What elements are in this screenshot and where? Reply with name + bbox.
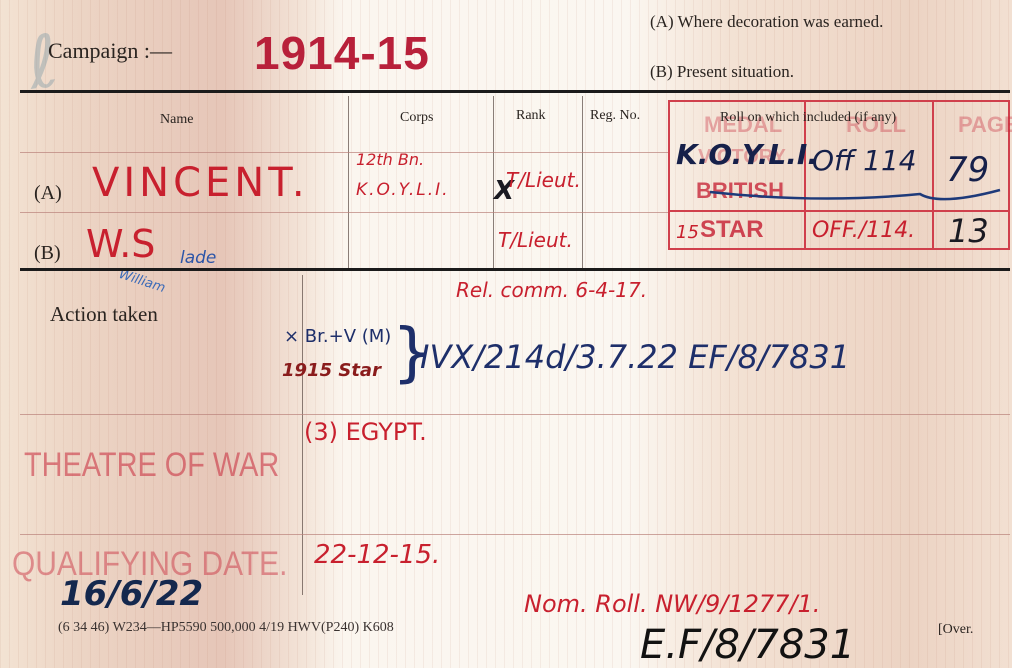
row-b-annotation-william: William: [117, 267, 167, 296]
header-corps: Corps: [400, 110, 433, 126]
roll-row3-medal-hand: 15: [676, 222, 699, 243]
theatre-stamp: THEATRE OF WAR: [24, 446, 279, 485]
row-b-rank: T/Lieut.: [498, 228, 573, 252]
theatre-value: (3) EGYPT.: [304, 418, 427, 446]
action-bracket-line2: 1915 Star: [282, 360, 381, 381]
action-bracket-ref: IVX/214d/3.7.22 EF/8/7831: [420, 338, 850, 376]
table-bottom-rule: [20, 268, 1010, 271]
legend-a: (A) Where decoration was earned.: [650, 12, 883, 32]
row-b-name: W.S: [86, 222, 155, 266]
row-a-name: VINCENT.: [92, 160, 309, 206]
col-divider-reg: [582, 96, 583, 268]
roll-row3-medal-stamp: STAR: [700, 216, 764, 244]
row-rule-1: [20, 152, 670, 153]
action-bracket-line1: × Br.+V (M): [284, 326, 391, 347]
header-name: Name: [160, 112, 193, 128]
row-rule-2: [20, 212, 670, 213]
action-relinquished: Rel. comm. 6-4-17.: [456, 278, 647, 302]
row-a-rank: T/Lieut.: [506, 168, 581, 192]
row-b-annotation-lade: lade: [180, 248, 216, 268]
action-divider: [302, 275, 303, 595]
row-a-corps-line2: K.O.Y.L.I.: [356, 180, 450, 200]
roll-col-page: PAGE: [958, 112, 1012, 138]
footer-ef-ref: E.F/8/7831: [640, 622, 855, 668]
qualifying-value: 22-12-15.: [314, 540, 440, 570]
roll-row1-roll: Off 114: [812, 144, 917, 177]
roll-row3-page: 13: [948, 212, 989, 250]
action-label: Action taken: [50, 302, 158, 327]
campaign-value: 1914-15: [254, 26, 430, 80]
row-a-marker: (A): [34, 182, 62, 205]
roll-stamp-divider-2: [932, 100, 934, 248]
medal-index-card: ℓ Campaign :— 1914-15 (A) Where decorati…: [0, 0, 1012, 668]
row-b-marker: (B): [34, 242, 61, 265]
roll-row1-medal-hand: K.O.Y.L.I.: [676, 138, 818, 171]
qualifying-rule: [20, 534, 1010, 535]
qualifying-annotation-date: 16/6/22: [60, 574, 203, 614]
roll-swoosh-line: [700, 180, 1010, 210]
theatre-rule: [20, 414, 1010, 415]
footer-nom-roll: Nom. Roll. NW/9/1277/1.: [524, 590, 820, 618]
roll-row3-roll: OFF./114.: [812, 218, 915, 243]
top-rule: [20, 90, 1010, 93]
footer-print-code: (6 34 46) W234—HP5590 500,000 4/19 HWV(P…: [58, 620, 394, 636]
campaign-label: Campaign :—: [48, 38, 172, 64]
header-reg-no: Reg. No.: [590, 108, 640, 124]
footer-over: [Over.: [938, 622, 973, 638]
legend-b: (B) Present situation.: [650, 62, 794, 82]
col-divider-corps: [348, 96, 349, 268]
header-rank: Rank: [516, 108, 546, 124]
header-roll: Roll on which included (if any): [720, 110, 896, 126]
row-a-corps-line1: 12th Bn.: [356, 150, 424, 169]
